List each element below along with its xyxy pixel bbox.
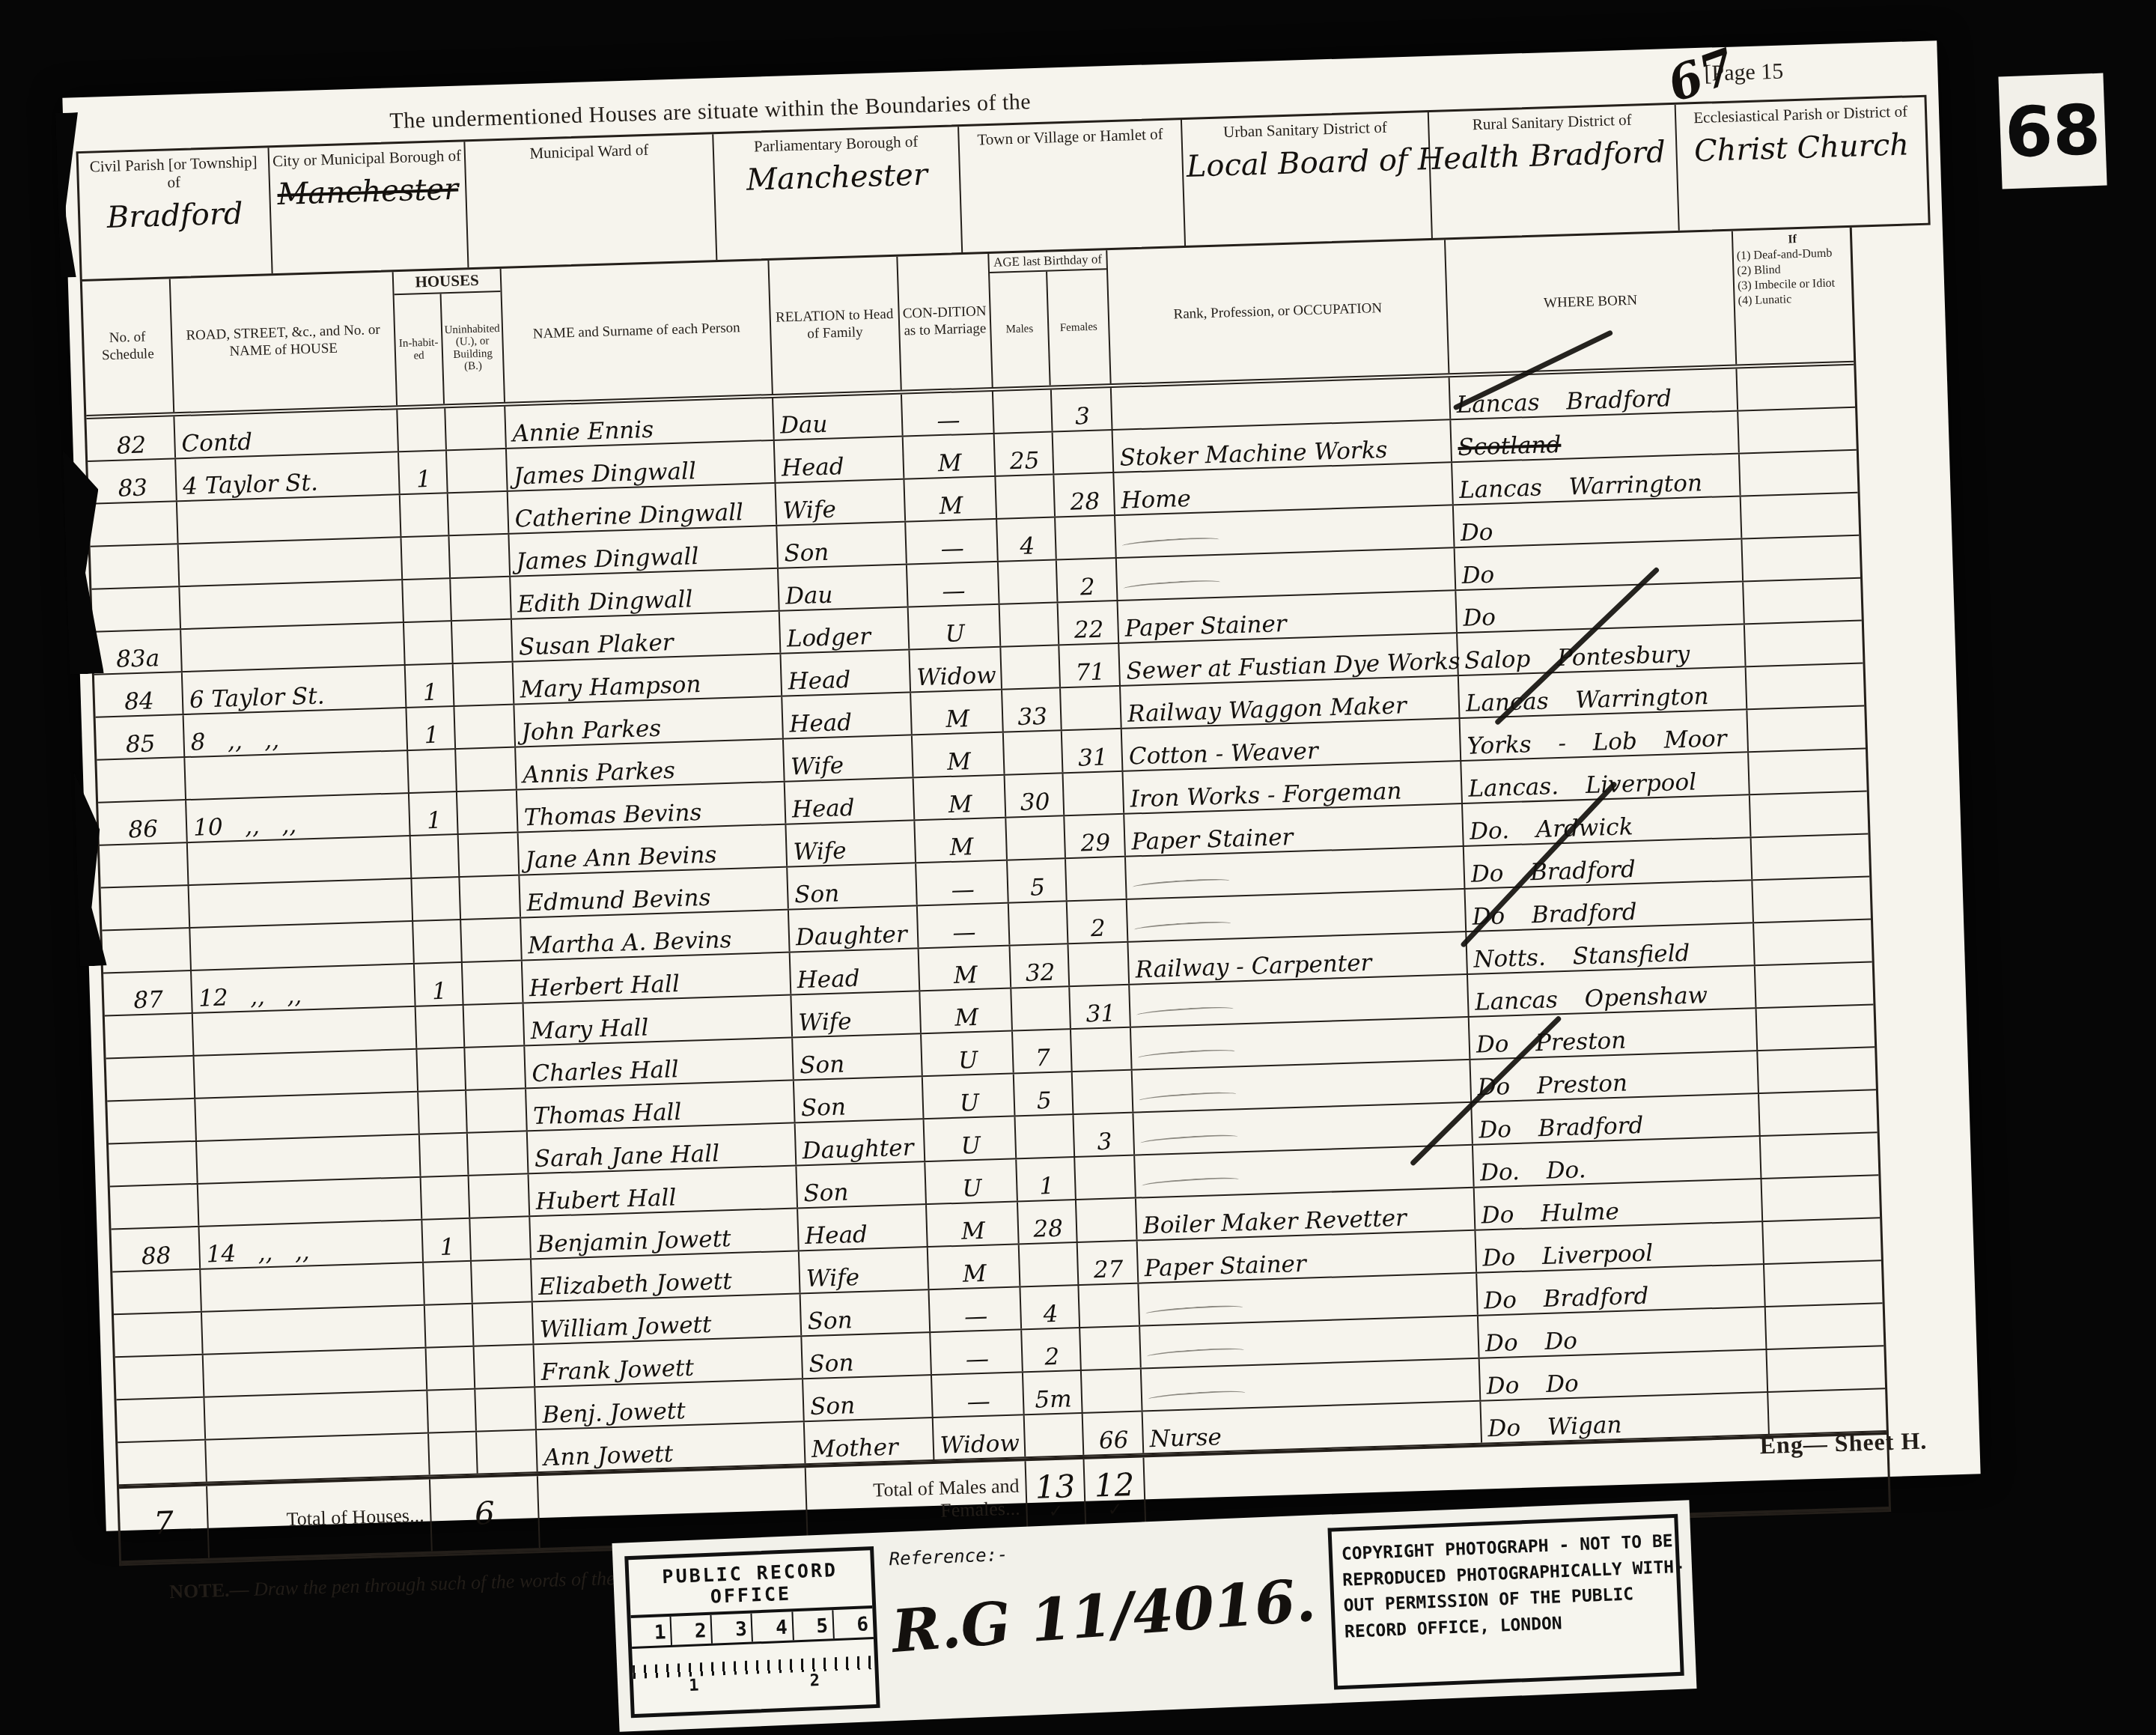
cell-uninhabited [466,1089,528,1131]
cell-value: Do. Do. [1480,1158,1586,1185]
cell-age_f [1061,687,1122,729]
col-header-males: Males [990,272,1051,387]
cell-condition: U [925,1116,1017,1161]
cell-address: 6 Taylor St. [183,666,407,714]
cell-age_f [1075,1156,1136,1199]
cell-infirmity [1752,877,1871,922]
cell-condition: U [925,1159,1018,1203]
cell-value: 88 [141,1245,171,1268]
cell-address: 8 ,, ,, [184,708,409,756]
col-header-road: ROAD, STREET, &c., and No. or NAME of HO… [171,272,398,412]
cell-value: 1 [423,681,439,705]
header-field: City or Municipal Borough ofManchester [269,142,469,273]
cell-address [181,623,406,671]
cell-age_m: 28 [1018,1200,1078,1243]
cell-born: Salop Pontesbury [1458,625,1747,675]
cell-relation: Head [785,778,916,823]
cell-schedule [100,843,189,887]
cell-value: Head [788,669,851,694]
cell-relation: Son [788,863,918,908]
cell-uninhabited [477,1430,538,1473]
cell-value: Head [805,1224,868,1249]
col-header-condition: CON-DITION as to Marriage [898,254,993,390]
cell-inhabited: 1 [399,451,448,493]
cell-value: 10 ,, ,, [193,814,297,840]
cell-address [202,1306,427,1354]
cell-value: 2 [1080,576,1096,600]
header-field-label: Civil Parish [or Township] of [82,152,266,194]
cell-name: Annis Parkes [516,740,785,789]
reference-value: R.G 11/4016. [889,1567,1318,1666]
cell-name: Mary Hampson [514,654,783,704]
col-header-inhabited: In-habit-ed [395,294,445,406]
cell-address [177,495,402,543]
cell-age_f [1073,1071,1134,1113]
cell-value: 30 [1020,791,1050,815]
cell-schedule [117,1398,207,1442]
cell-address [185,751,409,799]
cell-schedule: 83a [93,630,183,674]
cell-value: 12 ,, ,, [198,984,302,1010]
table-rows: 82ContdAnnie EnnisDau—3Lancas Bradford83… [86,365,1886,1486]
cell-value: 31 [1078,746,1108,770]
cell-value: U [959,1092,979,1116]
header-field-label: Ecclesiastical Parish or District of [1679,102,1922,127]
cell-infirmity [1764,1261,1883,1306]
cell-inhabited [398,408,447,451]
folio-stamp-patch: 68 [1998,73,2107,189]
cell-age_m: 30 [1005,774,1065,816]
cell-condition: — [932,1373,1025,1417]
cell-relation: Son [797,1162,927,1207]
cell-address: Contd [174,410,399,458]
cell-born: Do Do [1480,1350,1769,1400]
cell-age_m: 33 [1002,688,1062,731]
ruler-number: 6 [833,1608,874,1638]
cell-born: Lancas Bradford [1450,369,1739,419]
col-header-age: AGE last Birthday of Males Females [989,250,1111,387]
cell-address [179,538,404,586]
cell-value: Wife [793,839,847,864]
cell-value: M [948,793,972,817]
cell-relation: Wife [791,991,922,1036]
cell-value: M [937,452,962,475]
cell-value: Home [1121,487,1191,513]
cell-uninhabited [447,449,508,492]
cell-value: Contd [181,431,253,456]
cell-value: Son [803,1181,849,1206]
cell-born: Do Wigan [1481,1393,1770,1443]
cell-address [188,836,412,884]
cell-value: — [951,878,975,902]
cell-age_f [1066,857,1127,900]
cell-infirmity [1740,451,1858,496]
cell-condition: — [931,1330,1023,1374]
cell-infirmity [1742,536,1860,581]
total-houses-label: Total of Houses... [207,1480,433,1558]
cell-relation: Head [782,693,913,738]
cell-value: — [940,537,964,561]
cell-value: Widow [940,1432,1020,1457]
cell-value: Dau [785,584,833,609]
cell-value: 22 [1074,619,1103,642]
header-field: Ecclesiastical Parish or District ofChri… [1676,97,1928,231]
cell-infirmity [1754,920,1872,964]
cell-condition: U [923,1074,1016,1118]
cell-age_m: 5m [1023,1371,1083,1414]
cell-uninhabited [452,620,514,663]
cell-value: Do Bradford [1470,858,1636,887]
cell-relation: Head [798,1205,928,1250]
cell-inhabited: 1 [415,963,464,1006]
cell-value: 3 [1097,1131,1112,1155]
cell-age_f [1064,772,1125,815]
cell-name: Sarah Jane Hall [528,1123,797,1173]
col-header-houses: HOUSES In-habit-ed Uninhabited (U.), or … [394,269,505,405]
cell-value: Notts. Stansfield [1473,942,1690,972]
cell-name: Annie Ennis [505,398,775,448]
folio-number: 68 [2003,89,2102,172]
cell-name: Thomas Bevins [517,783,787,832]
cell-age_m [1011,987,1071,1030]
ruler-number: 1 [631,1617,673,1647]
cell-value: 1 [432,980,448,1004]
cell-age_m [1004,731,1064,774]
cell-value: 8 ,, ,, [190,729,279,755]
cell-inhabited [429,1432,478,1475]
cell-value: Thomas Bevins [524,801,702,830]
header-field: Town or Village or Hamlet of [959,120,1186,252]
pro-ruler-box: PUBLIC RECORD OFFICE 123456 12 [624,1546,880,1718]
cell-name: Thomas Hall [526,1081,796,1130]
sheet-label: Eng— Sheet H. [1759,1426,1928,1459]
cell-name: Edmund Bevins [520,868,789,917]
totals-spacer [538,1468,808,1548]
col-header-occupation: Rank, Profession, or OCCUPATION [1107,240,1449,383]
cell-age_f: 29 [1065,815,1126,857]
blank-squiggle [1136,1005,1234,1018]
cell-value: 82 [116,434,146,458]
header-field-value [469,164,710,171]
total-males-value: 13✓ [1026,1459,1087,1533]
cell-relation: Dau [779,565,909,610]
cell-inhabited [424,1262,473,1304]
cell-uninhabited [454,663,515,705]
check-mark: ✓ [1048,1503,1064,1522]
cell-name: Susan Plaker [512,612,782,661]
cell-value: James Dingwall [514,460,697,488]
cell-born: Do [1455,539,1744,589]
cell-value: M [963,1262,987,1286]
cell-born: Do Preston [1470,1009,1758,1059]
cell-inhabited [416,1006,466,1048]
cell-value: Do [1461,564,1494,588]
cell-schedule [97,758,186,802]
cell-value: — [942,580,966,604]
cell-value: Benj. Jowett [542,1400,686,1427]
cell-uninhabited [451,577,512,620]
scanned-census-page: { "page": { "title": "The undermentioned… [0,0,2156,1735]
reference-label: Reference:- [889,1531,1314,1570]
cell-value: — [937,409,960,433]
cell-relation: Head [791,949,921,994]
cell-value: Widow [916,664,996,690]
cell-inhabited [421,1176,471,1219]
cell-age_m: 4 [1020,1286,1080,1328]
cell-value: 2 [1091,917,1106,941]
cell-value: Son [810,1394,856,1419]
cell-age_m: 25 [995,432,1055,475]
cell-relation: Son [803,1376,934,1420]
cell-name: Martha A. Bevins [521,911,791,960]
header-field: Civil Parish [or Township] ofBradford [79,148,273,279]
cell-value: Son [794,883,840,908]
cell-value: Son [807,1309,853,1334]
cell-value: — [966,1391,990,1415]
blank-squiggle [1138,1048,1235,1061]
col-header-uninhabited: Uninhabited (U.), or Building (B.) [442,292,504,404]
cell-infirmity [1747,664,1865,709]
cell-uninhabited [464,1003,526,1046]
cell-value: 27 [1094,1258,1124,1282]
cell-value: Lancas Warrington [1459,472,1703,502]
cell-infirmity [1766,1304,1884,1349]
cell-name: Hubert Hall [529,1166,799,1215]
pro-copyright-box: COPYRIGHT PHOTOGRAPH - NOT TO BEREPRODUC… [1327,1514,1684,1690]
cell-born: Do. Ardwick [1463,795,1752,845]
cell-schedule [115,1355,205,1400]
cell-value: Wife [798,1010,852,1035]
cell-inhabited [408,750,457,792]
cell-condition: — [906,520,999,564]
cell-age_m [996,475,1056,517]
cell-infirmity [1767,1346,1885,1391]
cell-value: 4 Taylor St. [183,472,319,499]
cell-value: 6 Taylor St. [189,684,326,712]
cell-value: John Parkes [521,717,662,745]
header-field-label: Parliamentary Borough of [716,131,955,157]
header-field: Municipal Ward of [465,134,717,267]
cell-value: 4 [1043,1303,1059,1327]
cell-age_m [1009,902,1069,944]
col-header-schedule: No. of Schedule [82,279,174,415]
cell-value: 25 [1010,449,1040,473]
check-mark: ✓ [1107,1501,1123,1519]
cell-infirmity [1744,579,1862,624]
cell-age_f [1079,1284,1140,1327]
cell-value: Do Preston [1476,1030,1626,1057]
cell-name: James Dingwall [507,441,776,490]
blank-squiggle [1123,579,1220,592]
cell-inhabited: 1 [422,1219,472,1262]
blank-squiggle [1133,877,1230,890]
cell-value: U [960,1134,981,1158]
cell-relation: Head [775,437,905,482]
cell-schedule: 87 [103,971,193,1015]
cell-schedule [101,886,191,930]
cell-value: Head [789,711,853,737]
col-header-born: WHERE BORN [1446,231,1737,374]
cell-schedule [114,1313,204,1357]
col-header-infirmity: If(1) Deaf-and-Dumb(2) Blind(3) Imbecile… [1733,228,1854,365]
cell-value: Daughter [796,923,908,950]
cell-age_f [1053,431,1115,473]
cell-age_m [993,390,1053,433]
cell-value: Herbert Hall [529,973,680,1000]
cell-born: Scotland [1451,412,1740,462]
header-field-label: Municipal Ward of [469,139,710,164]
cell-relation: Daughter [789,906,919,951]
cell-value: Lancas. Liverpool [1468,771,1697,800]
cell-value: 1 [439,1236,455,1260]
cell-born: Do Bradford [1477,1265,1766,1315]
header-field-label: Urban Sanitary District of [1185,117,1425,142]
header-field-value [1433,135,1672,142]
cell-value: Thomas Hall [533,1101,682,1128]
header-field-label: City or Municipal Borough of [272,146,462,170]
cell-address: 14 ,, ,, [199,1221,424,1268]
col-header-name: NAME and Surname of each Person [502,261,773,402]
cell-schedule: 83 [88,459,177,503]
cell-value: Paper Stainer [1124,613,1287,641]
cell-infirmity [1755,962,1874,1007]
cell-born: Do Do [1479,1307,1767,1358]
cell-value: Do Do [1485,1330,1578,1356]
cell-uninhabited [465,1046,526,1089]
cell-relation: Son [777,523,907,568]
cell-condition: U [909,605,1002,649]
cell-age_f: 22 [1059,601,1120,644]
cell-born: Do Hulme [1475,1179,1764,1230]
cell-age_m [999,560,1059,603]
cell-value: 1 [1039,1175,1055,1199]
cell-value: — [965,1348,989,1372]
cell-value: 3 [1075,405,1091,429]
header-field: Parliamentary Borough ofManchester [713,127,963,260]
cell-infirmity [1738,408,1857,453]
cell-uninhabited [475,1388,537,1430]
cell-age_f: 2 [1068,900,1129,943]
cell-address: 12 ,, ,, [192,964,416,1012]
cell-age_m: 2 [1022,1328,1082,1371]
cell-uninhabited [475,1345,536,1388]
header-field-value: Bradford [83,196,267,236]
cell-infirmity [1741,493,1860,538]
cell-condition: Widow [934,1415,1026,1459]
cell-inhabited: 1 [406,707,456,750]
cell-uninhabited [468,1131,529,1174]
header-field: Rural Sanitary District of [1429,105,1680,238]
cell-name: Charles Hall [525,1038,794,1087]
cell-value: Railway - Carpenter [1135,952,1372,982]
cell-value: 1 [424,724,439,748]
cell-age_f: 3 [1052,388,1113,431]
cell-infirmity [1757,1005,1875,1050]
cell-value: Paper Stainer [1144,1253,1306,1281]
ruler-number: 5 [793,1610,835,1640]
cell-value: Lancas Warrington [1465,685,1709,716]
cell-relation: Son [801,1290,931,1335]
cell-value: M [949,836,974,860]
cell-value: M [945,708,970,732]
cell-name: Jane Ann Bevins [519,825,788,875]
cell-born: Do Bradford [1464,838,1753,888]
cell-relation: Head [781,650,911,695]
col-header-females: Females [1047,270,1110,386]
cell-address [198,1178,423,1226]
cell-value: William Jowett [539,1313,711,1342]
cell-uninhabited [449,535,511,577]
cell-infirmity [1752,834,1870,879]
cell-relation: Son [794,1077,925,1122]
cell-value: Jane Ann Bevins [525,843,717,872]
header-field-value: Christ Church [1680,127,1923,169]
cell-address [204,1349,428,1397]
cell-value: 1 [427,809,442,833]
cell-uninhabited [469,1174,531,1217]
cell-condition: — [918,904,1011,948]
cell-value: Mother [811,1435,898,1462]
cell-value: Wife [806,1266,860,1291]
cell-age_m: 5 [1014,1072,1074,1115]
cell-inhabited [427,1347,476,1390]
cell-infirmity [1745,622,1863,666]
cell-value: M [953,964,978,988]
infirmity-line: (4) Lunatic [1738,291,1851,309]
cell-age_m: 7 [1013,1030,1073,1072]
cell-age_m [1025,1414,1085,1456]
cell-infirmity [1761,1133,1879,1178]
cell-born: Do [1454,496,1743,547]
cell-value: 1 [416,468,432,492]
cell-age_f: 31 [1070,985,1131,1028]
cell-relation: Son [802,1333,932,1378]
cell-age_m: 32 [1011,944,1071,987]
cell-value: Do [1461,521,1493,545]
blank-squiggle [1145,1304,1243,1317]
cell-age_f: 71 [1059,644,1121,687]
cell-schedule [106,1057,196,1101]
cell-age_m [1006,816,1066,859]
cell-schedule [105,1014,195,1058]
header-field-value [963,150,1178,157]
cell-born: Notts. Stansfield [1467,923,1755,973]
cell-infirmity [1762,1176,1881,1221]
cell-value: Edith Dingwall [517,588,693,616]
cell-age_m: 1 [1017,1158,1077,1200]
cell-value: 71 [1075,661,1105,685]
cell-value: 83a [116,647,160,672]
pro-reference-area: Reference:- R.G 11/4016. [874,1528,1334,1708]
cell-address [195,1050,419,1098]
ruler-number: 2 [672,1615,713,1645]
totals-margin-number: 7 [119,1486,210,1561]
cell-value: Son [784,541,829,566]
cell-inhabited: 1 [409,792,459,835]
cell-value: 66 [1099,1429,1129,1453]
cell-address: 4 Taylor St. [176,452,401,500]
cell-value: Martha A. Bevins [528,929,732,958]
cell-value: 14 ,, ,, [206,1240,310,1266]
cell-value: Scotland [1458,434,1562,460]
cell-schedule [91,544,180,589]
cell-relation: Daughter [796,1119,926,1164]
cell-schedule [112,1270,202,1314]
census-sheet: The undermentioned Houses are situate wi… [62,40,1980,1531]
cell-value: 5 [1030,876,1046,900]
cell-inhabited [401,493,450,536]
cell-value: Wife [791,754,844,779]
